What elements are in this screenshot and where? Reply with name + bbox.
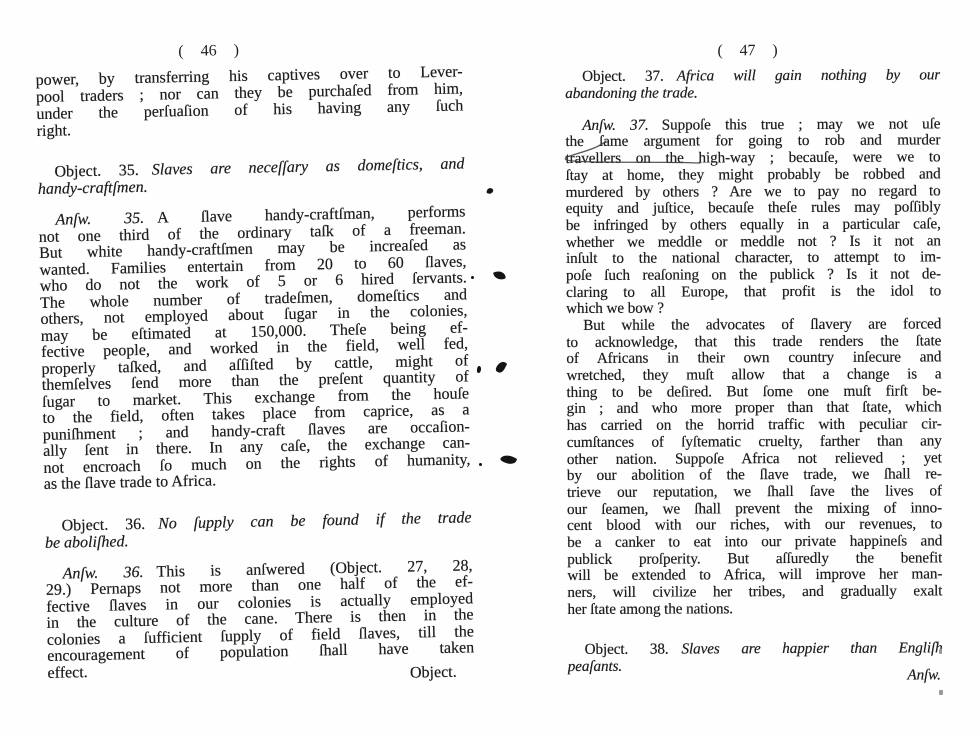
block-label: Anſw. 37. <box>582 116 648 133</box>
text-line: thing to be deſired. But ſome one muſt f… <box>566 383 941 401</box>
block-label: Anſw. 36. <box>62 563 143 582</box>
ink-speck <box>939 690 943 695</box>
text-line: by our abolition of the ſlave trade, we … <box>567 467 942 485</box>
text-line: Anſw. 37.Suppoſe this true ; may we not … <box>565 116 940 134</box>
objection-block: Object. 35.Slaves are neceſſary as domeſ… <box>37 155 465 198</box>
text-line: to acknowledge, that this trade renders … <box>566 333 941 351</box>
text-line: abandoning the trade. <box>565 84 940 103</box>
paragraph-block: But while the advocates of ſlavery are f… <box>566 316 942 618</box>
text-line: be infringed by others equally in a part… <box>566 216 941 234</box>
text-line: Object. 37.Africa will gain nothing by o… <box>565 67 940 86</box>
ink-speck <box>939 649 942 654</box>
text-line: her ſtate among the nations. <box>567 600 942 618</box>
objection-block: Object. 36.No ſupply can be found if the… <box>44 509 472 552</box>
text-line: cent blood with our riches, with our rev… <box>567 517 942 535</box>
ink-speck <box>500 452 517 467</box>
catchword: Object. <box>410 664 457 682</box>
page-number-right: ( 47 ) <box>560 41 935 61</box>
text-line: wretched, they muſt allow that a change … <box>566 366 941 384</box>
text-line: trieve our reputation, we ſhall ſave the… <box>567 483 942 501</box>
text-line: cumſtances of ſyſtematic cruelty, farthe… <box>567 433 942 451</box>
text-line: our ſeamen, we ſhall prevent the mixing … <box>567 500 942 518</box>
block-text: Suppoſe this true ; may we not uſe <box>662 116 941 133</box>
text-line: ſtay at home, they might probably be rob… <box>566 166 941 184</box>
text-line: will be extended to Africa, will improve… <box>567 567 942 585</box>
page-46-body: power, by transferring his captives over… <box>36 63 475 688</box>
answer-block: Anſw. 36.This is anſwered (Object. 27, 2… <box>45 558 474 682</box>
book-scan: ( 46 ) power, by transferring his captiv… <box>0 0 980 731</box>
page-number-left: ( 46 ) <box>0 38 422 65</box>
answer-block: Anſw. 37.Suppoſe this true ; may we not … <box>565 116 941 318</box>
text-line: the ſame argument for going to rob and m… <box>565 133 940 151</box>
text-line: gin ; and who more proper than that ſtat… <box>567 400 942 418</box>
page-46: ( 46 ) power, by transferring his captiv… <box>35 37 475 688</box>
block-label: Anſw. 35. <box>55 210 144 229</box>
text-line: of Africans in their own country inſecur… <box>566 350 941 368</box>
text-line: equity and juſtice, becauſe theſe rules … <box>566 200 941 218</box>
block-label: Object. 38. <box>585 641 669 658</box>
text-line: poſe ſuch reaſoning on the publick ? Is … <box>566 266 941 284</box>
text-line: inſult to the national character, to att… <box>566 250 941 268</box>
block-text: Africa will gain nothing by our <box>677 67 941 84</box>
text-line: be a canker to eat into our private happ… <box>567 533 942 551</box>
block-label: Object. 37. <box>582 68 664 85</box>
text-line: has carried on the horrid traffic with p… <box>567 417 942 435</box>
text-line: murdered by others ? Are we to pay no re… <box>566 183 941 201</box>
ink-speck <box>493 270 506 282</box>
page-47: ( 47 ) Object. 37.Africa will gain nothi… <box>565 41 943 685</box>
block-text: Slaves are happier than Engliſh <box>681 641 942 658</box>
text-line: ners, will civilize her tribes, and grad… <box>567 583 942 601</box>
text-line: whether we meddle or meddle not ? Is it … <box>566 233 941 251</box>
block-label: Object. 36. <box>61 515 145 534</box>
ink-speck <box>495 360 508 374</box>
text-line: travellers on the high-way ; becauſe, we… <box>565 150 940 168</box>
text-line: But while the advocates of ſlavery are f… <box>566 316 941 334</box>
text-line: publick proſperity. But aſſuredly the be… <box>567 550 942 568</box>
ink-speck <box>479 463 482 466</box>
ink-speck <box>486 187 494 195</box>
objection-block: Object. 37.Africa will gain nothing by o… <box>565 67 940 102</box>
paragraph-block: power, by transferring his captives over… <box>36 63 464 140</box>
page-47-body: Object. 37.Africa will gain nothing by o… <box>565 67 943 685</box>
catchword-block: Anſw. <box>568 667 943 686</box>
text-line: claring to all Europe, that profit is th… <box>566 283 941 301</box>
ink-speck <box>471 276 474 279</box>
catchword: Anſw. <box>907 667 940 684</box>
answer-block: Anſw. 35.A ſlave handy-craftſman, perfor… <box>38 204 471 493</box>
text-line: which we bow ? <box>566 300 941 318</box>
ink-speck <box>476 366 481 374</box>
text-line: Object. 38.Slaves are happier than Engli… <box>568 641 943 660</box>
text-line: other nation. Suppoſe Africa not relieve… <box>567 450 942 468</box>
block-label: Object. 35. <box>54 162 139 181</box>
